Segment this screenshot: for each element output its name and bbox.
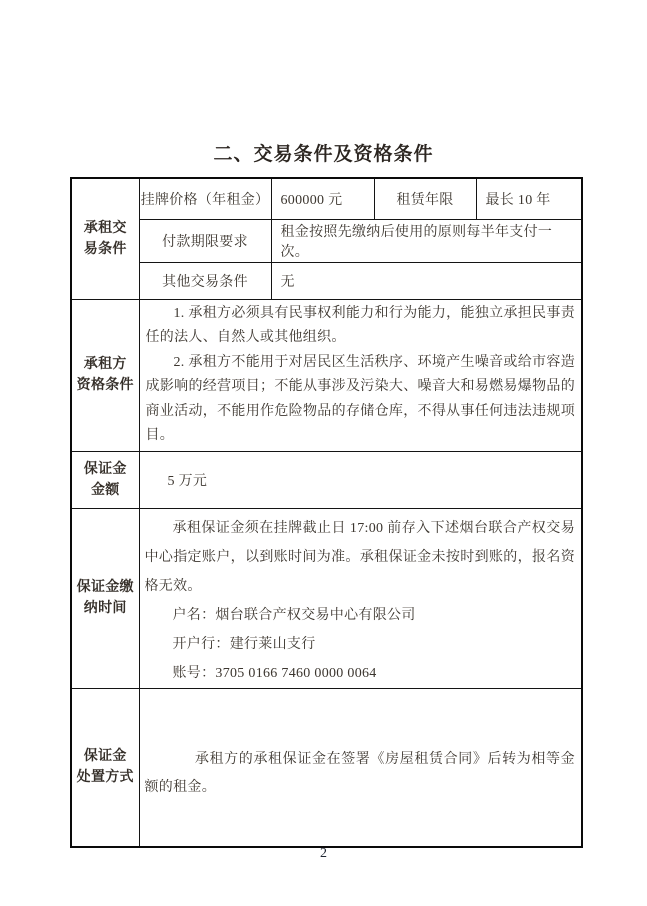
- table-row: 承租交 易条件 挂牌价格（年租金） 600000 元 租赁年限 最长 10 年: [71, 178, 582, 219]
- qualification-content: 1. 承租方必须具有民事权利能力和行为能力，能独立承担民事责任的法人、自然人或其…: [139, 299, 582, 451]
- qualification-item-2: 2. 承租方不能用于对居民区生活秩序、环境产生噪音或给市容造成影响的经营项目；不…: [146, 351, 576, 449]
- row-header-qualification: 承租方 资格条件: [71, 299, 139, 451]
- lease-term-label: 租赁年限: [374, 178, 476, 219]
- row-header-line: 承租交: [73, 218, 138, 239]
- payment-term-value: 租金按照先缴纳后使用的原则每半年支付一次。: [271, 219, 582, 262]
- other-terms-value: 无: [271, 262, 582, 299]
- page-title: 二、交易条件及资格条件: [0, 139, 647, 166]
- row-header-rental-terms: 承租交 易条件: [71, 178, 139, 299]
- document-page: { "theme": { "page_background": "#ffffff…: [0, 0, 647, 906]
- row-header-line: 纳时间: [73, 598, 138, 619]
- other-terms-label: 其他交易条件: [139, 262, 271, 299]
- table-row: 保证金 处置方式 承租方的承租保证金在签署《房屋租赁合同》后转为相等金额的租金。: [71, 688, 582, 847]
- table-row: 其他交易条件 无: [71, 262, 582, 299]
- deposit-payment-intro: 承租保证金须在挂牌截止日 17:00 前存入下述烟台联合产权交易中心指定账户，以…: [145, 514, 576, 601]
- row-header-line: 易条件: [73, 239, 138, 260]
- deposit-account-name: 户名：烟台联合产权交易中心有限公司: [145, 601, 576, 630]
- deposit-disposal-value: 承租方的承租保证金在签署《房屋租赁合同》后转为相等金额的租金。: [145, 746, 576, 802]
- row-header-line: 保证金缴: [73, 577, 138, 598]
- row-header-line: 处置方式: [73, 767, 138, 788]
- row-header-line: 保证金: [73, 459, 138, 480]
- qualification-item-1: 1. 承租方必须具有民事权利能力和行为能力，能独立承担民事责任的法人、自然人或其…: [146, 302, 576, 351]
- table-row: 承租方 资格条件 1. 承租方必须具有民事权利能力和行为能力，能独立承担民事责任…: [71, 299, 582, 451]
- row-header-line: 金额: [73, 480, 138, 501]
- deposit-disposal-content: 承租方的承租保证金在签署《房屋租赁合同》后转为相等金额的租金。: [139, 688, 582, 847]
- deposit-amount-value: 5 万元: [139, 451, 582, 508]
- listing-price-label: 挂牌价格（年租金）: [139, 178, 271, 219]
- row-header-deposit-disposal: 保证金 处置方式: [71, 688, 139, 847]
- deposit-payment-content: 承租保证金须在挂牌截止日 17:00 前存入下述烟台联合产权交易中心指定账户，以…: [139, 508, 582, 688]
- row-header-line: 资格条件: [73, 375, 138, 396]
- listing-price-value: 600000 元: [271, 178, 374, 219]
- row-header-line: 保证金: [73, 746, 138, 767]
- table-row: 保证金缴 纳时间 承租保证金须在挂牌截止日 17:00 前存入下述烟台联合产权交…: [71, 508, 582, 688]
- lease-term-value: 最长 10 年: [476, 178, 582, 219]
- row-header-line: 承租方: [73, 354, 138, 375]
- table-row: 付款期限要求 租金按照先缴纳后使用的原则每半年支付一次。: [71, 219, 582, 262]
- payment-term-label: 付款期限要求: [139, 219, 271, 262]
- page-number: 2: [0, 846, 647, 862]
- deposit-bank: 开户行：建行莱山支行: [145, 630, 576, 659]
- row-header-deposit-amount: 保证金 金额: [71, 451, 139, 508]
- row-header-deposit-payment: 保证金缴 纳时间: [71, 508, 139, 688]
- conditions-table: 承租交 易条件 挂牌价格（年租金） 600000 元 租赁年限 最长 10 年 …: [70, 177, 583, 848]
- deposit-account-number: 账号：3705 0166 7460 0000 0064: [145, 659, 576, 688]
- table-row: 保证金 金额 5 万元: [71, 451, 582, 508]
